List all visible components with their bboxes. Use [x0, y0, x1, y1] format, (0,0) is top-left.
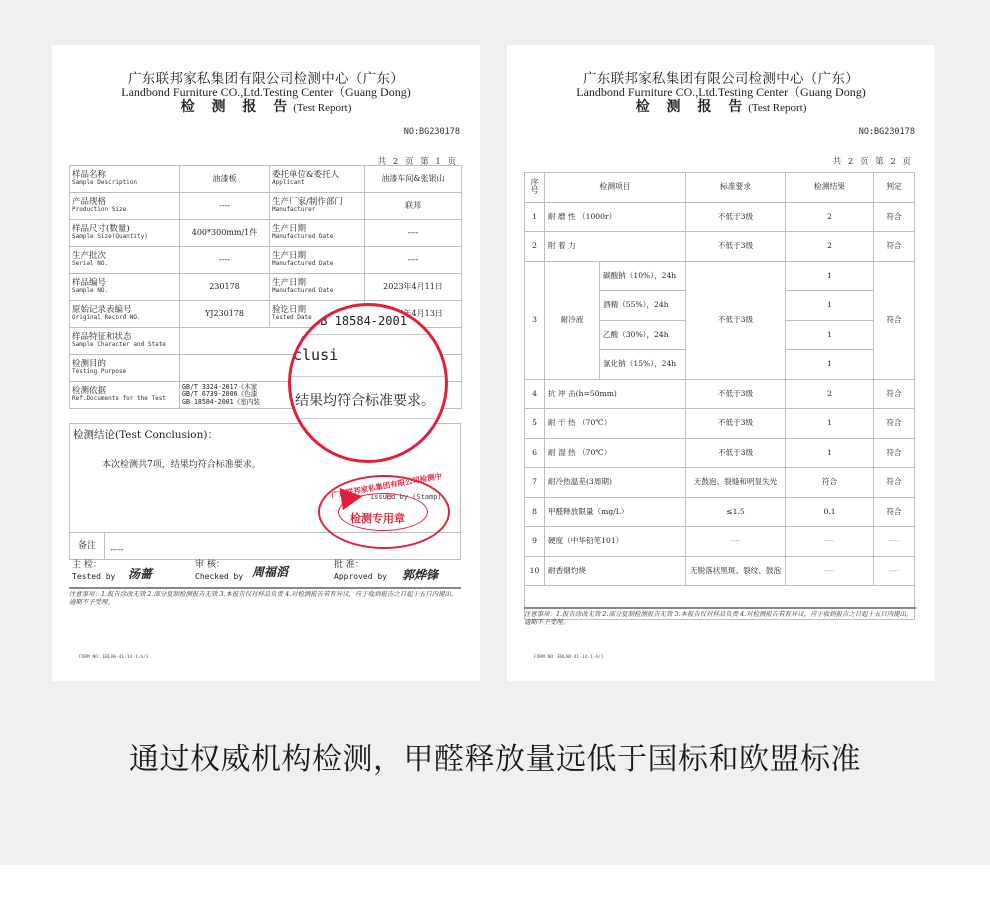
- magnifier-callout: GB 18584-2001 clusi 结果均符合标准要求。: [288, 303, 448, 463]
- report-title-en: (Test Report): [293, 102, 351, 114]
- conclusion-text: 本次检测共7项，结果均符合标准要求。: [102, 457, 261, 470]
- table-row-cold-liquid: 3耐冷液碳酸钠（10%），24h不低于3级1符合: [525, 261, 915, 291]
- table-row: 4抗 冲 击(h=50mm)不低于3级2符合: [525, 379, 915, 409]
- test-results-table: 序号 检测项目 标准要求 检测结果 判定 1耐 磨 性 （1000r）不低于3级…: [524, 172, 915, 620]
- test-result: 1: [786, 438, 874, 468]
- test-item: 甲醛释放限量（mg/L）: [545, 497, 686, 527]
- report-title-en: (Test Report): [748, 102, 806, 114]
- sample-info-row: 样品编号Sample NO.230178生产日期Manufactured Dat…: [70, 274, 462, 301]
- requirement: 不低于3级: [686, 261, 786, 379]
- table-row: 9硬度（中华铅笔101）------------: [525, 527, 915, 557]
- requirement: 不低于3级: [686, 438, 786, 468]
- test-item: 耐 干 热 （70℃）: [545, 409, 686, 439]
- test-result: ----: [786, 556, 874, 586]
- divider: [524, 607, 916, 609]
- signer-checked-by: 审 核： Checked by: [195, 560, 243, 582]
- table-row: 1耐 磨 性 （1000r）不低于3级2符合: [525, 202, 915, 232]
- test-result: ----: [786, 527, 874, 557]
- test-result: 2: [786, 232, 874, 262]
- test-item: 耐冷液: [545, 261, 600, 379]
- magnified-conclusion-cn: 结果均符合标准要求。: [295, 390, 435, 410]
- signer-approved-by: 批 准： Approved by: [334, 560, 387, 582]
- form-number: FORM NO：EBLAB-41-14-1-A/1: [79, 654, 149, 660]
- verdict: 符合: [874, 409, 915, 439]
- sub-item: 氯化钠（15%），24h: [600, 350, 686, 380]
- magnified-conclusion-en: clusi: [293, 346, 338, 364]
- test-result: 1: [786, 409, 874, 439]
- requirement: 无脱落状黑斑、裂纹、鼓泡: [686, 556, 786, 586]
- test-result: 2: [786, 202, 874, 232]
- magnified-standard: GB 18584-2001: [313, 314, 407, 328]
- divider: [69, 587, 461, 589]
- sample-info-value: 2023年4月11日: [365, 274, 462, 301]
- report-title: 检 测 报 告(Test Report): [507, 96, 935, 116]
- test-result: 1: [786, 261, 874, 291]
- test-item: 耐香烟灼烧: [545, 556, 686, 586]
- report-title-cn: 检 测 报 告: [181, 99, 294, 115]
- sample-info-value: 油漆车间&张银山: [365, 166, 462, 193]
- signature-approved-by: 郭烨锋: [402, 566, 438, 583]
- table-row: 6耐 湿 热 （70℃）不低于3级1符合: [525, 438, 915, 468]
- table-header: 序号 检测项目 标准要求 检测结果 判定: [525, 173, 915, 203]
- signer-tested-by: 主 检： Tested by: [72, 560, 115, 582]
- test-item: 耐 磨 性 （1000r）: [545, 202, 686, 232]
- verdict: 符合: [874, 468, 915, 498]
- table-row: 5耐 干 热 （70℃）不低于3级1符合: [525, 409, 915, 439]
- conclusion-title: 检测结论(Test Conclusion)：: [73, 427, 218, 442]
- verdict: 符合: [874, 202, 915, 232]
- sample-info-value: 油漆板: [180, 166, 270, 193]
- requirement: 不低于3级: [686, 409, 786, 439]
- test-item: 硬度（中华铅笔101）: [545, 527, 686, 557]
- signature-checked-by: 周福滔: [252, 563, 288, 580]
- report-title: 检 测 报 告(Test Report): [52, 96, 480, 116]
- test-item: 抗 冲 击(h=50mm): [545, 379, 686, 409]
- stamp-center-text: 检测专用章: [350, 510, 405, 526]
- verdict: 符合: [874, 438, 915, 468]
- sample-info-value: ----: [365, 247, 462, 274]
- notes: 注意事项：1.报告涂改无效 2.部分复制检测报告无效 3.本报告仅对样品负责 4…: [69, 590, 461, 606]
- page-count: 共 2 页 第 2 页: [833, 155, 913, 167]
- report-number: NO:BG230178: [404, 127, 460, 137]
- official-stamp: 广东联邦家私集团有限公司检测中心 检测专用章: [318, 475, 450, 549]
- sample-info-row: 产品规格Production Size----生产厂家/制作部门Manufact…: [70, 193, 462, 220]
- verdict: ----: [874, 527, 915, 557]
- requirement: 不低于3级: [686, 232, 786, 262]
- remark-value: -----: [110, 545, 124, 554]
- sample-info-row: 样品名称Sample Description油漆板委托单位&委托人Applica…: [70, 166, 462, 193]
- sub-item: 碳酸钠（10%），24h: [600, 261, 686, 291]
- signature-tested-by: 汤蔷: [128, 565, 152, 582]
- sample-info-value: 联邦: [365, 193, 462, 220]
- sample-info-value: 230178: [180, 274, 270, 301]
- test-result: 0.1: [786, 497, 874, 527]
- sample-info-row: 生产批次Serial NO.----生产日期Manufactured Date-…: [70, 247, 462, 274]
- test-report-page-2: 广东联邦家私集团有限公司检测中心（广东） Landbond Furniture …: [507, 45, 935, 681]
- test-item: 附 着 力: [545, 232, 686, 262]
- requirement: ≤1.5: [686, 497, 786, 527]
- verdict: 符合: [874, 497, 915, 527]
- table-row: 7耐冷热温差(3周期)无鼓泡、裂缝和明显失光符合符合: [525, 468, 915, 498]
- test-item: 耐冷热温差(3周期): [545, 468, 686, 498]
- table-row: 2附 着 力不低于3级2符合: [525, 232, 915, 262]
- sample-info-value: ----: [180, 247, 270, 274]
- verdict: 符合: [874, 232, 915, 262]
- verdict: ----: [874, 556, 915, 586]
- verdict: 符合: [874, 261, 915, 379]
- notes: 注意事项：1.报告涂改无效 2.部分复制检测报告无效 3.本报告仅对样品负责 4…: [524, 610, 916, 626]
- test-result: 1: [786, 350, 874, 380]
- caption-headline: 通过权威机构检测，甲醛释放量远低于国标和欧盟标准: [0, 734, 990, 778]
- test-result: 2: [786, 379, 874, 409]
- sample-info-value: 400*300mm/1件: [180, 220, 270, 247]
- sub-item: 乙酸（30%），24h: [600, 320, 686, 350]
- test-result: 1: [786, 291, 874, 321]
- sub-item: 酒精（55%），24h: [600, 291, 686, 321]
- requirement: 不低于3级: [686, 202, 786, 232]
- requirement: 无鼓泡、裂缝和明显失光: [686, 468, 786, 498]
- sample-info-value: YJ230178: [180, 301, 270, 328]
- sample-info-row: 样品尺寸(数量)Sample Size(Quantity)400*300mm/1…: [70, 220, 462, 247]
- table-row: 8甲醛释放限量（mg/L）≤1.50.1符合: [525, 497, 915, 527]
- form-number: FORM NO：EBLAB-41-14-1-A/1: [534, 654, 604, 660]
- report-number: NO:BG230178: [859, 127, 915, 137]
- test-result: 1: [786, 320, 874, 350]
- remark-label: 备注: [70, 533, 105, 559]
- requirement: 不低于3级: [686, 379, 786, 409]
- requirement: ----: [686, 527, 786, 557]
- table-row: 10耐香烟灼烧无脱落状黑斑、裂纹、鼓泡--------: [525, 556, 915, 586]
- test-result: 符合: [786, 468, 874, 498]
- sample-info-value: ----: [180, 193, 270, 220]
- test-report-page-1: 广东联邦家私集团有限公司检测中心（广东） Landbond Furniture …: [52, 45, 480, 681]
- verdict: 符合: [874, 379, 915, 409]
- report-title-cn: 检 测 报 告: [636, 99, 749, 115]
- test-item: 耐 湿 热 （70℃）: [545, 438, 686, 468]
- sample-info-value: ----: [365, 220, 462, 247]
